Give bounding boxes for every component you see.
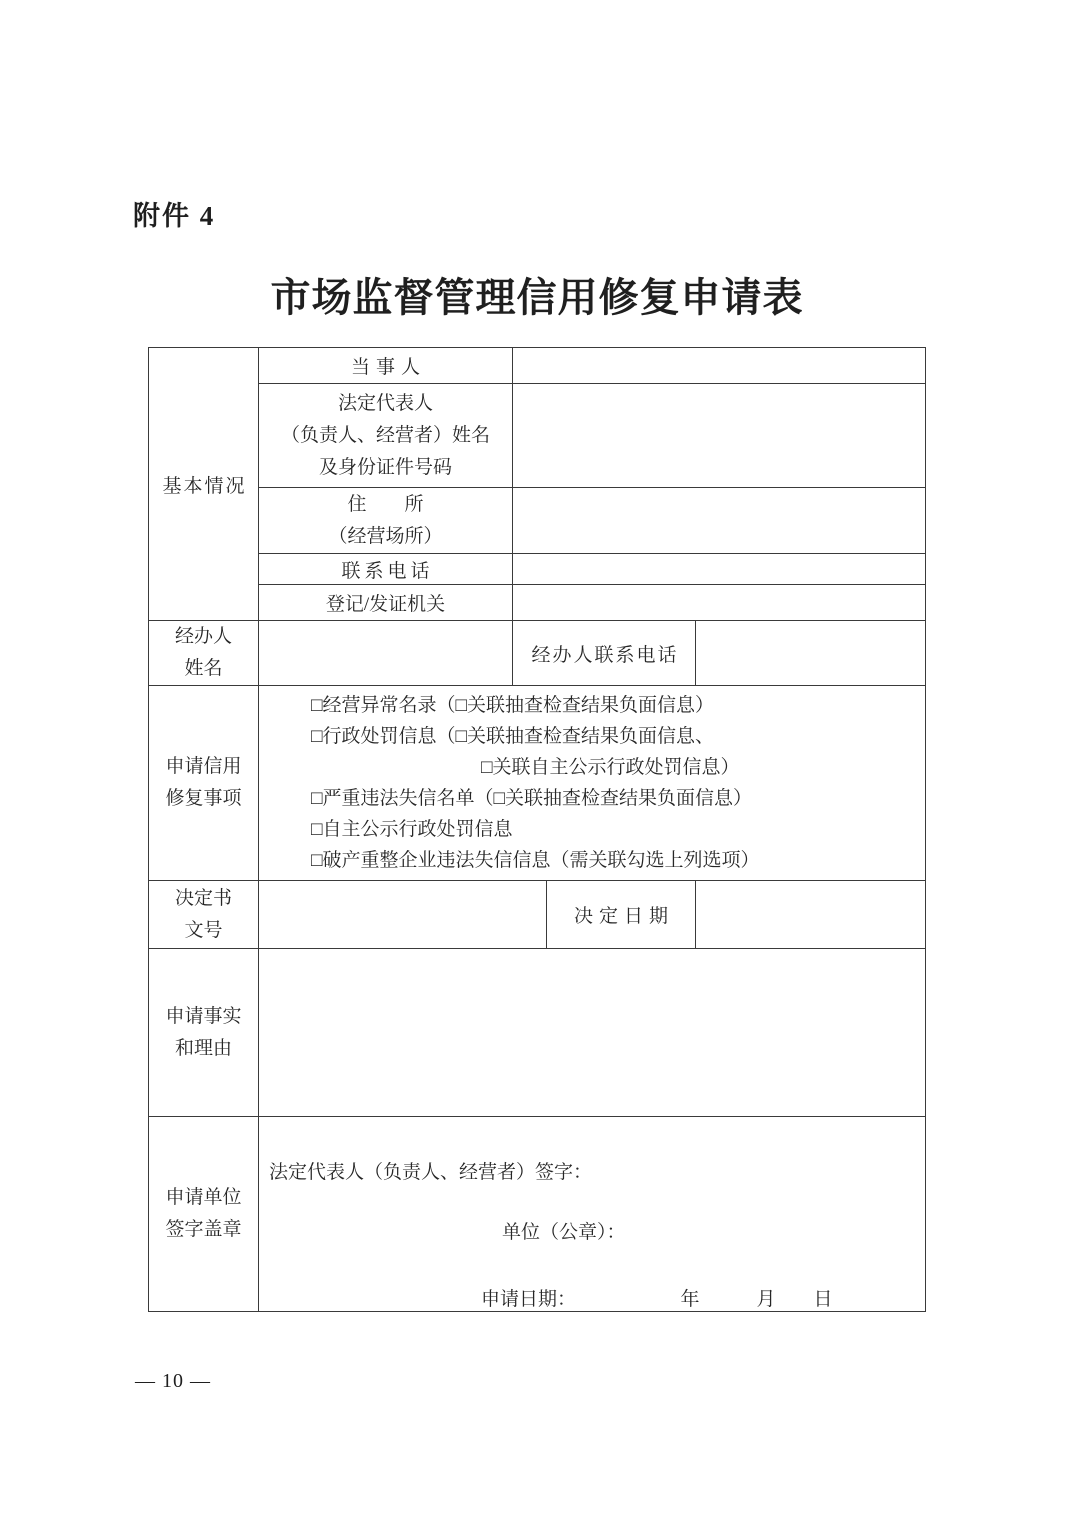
- label-line: 修复事项: [149, 783, 258, 815]
- party-label: 当事人: [259, 348, 513, 384]
- decision-date-label: 决定日期: [547, 881, 696, 949]
- checkbox-option-admin-penalty[interactable]: □行政处罚信息（□关联抽查检查结果负面信息、: [311, 721, 925, 752]
- table-row: 申请事实 和理由: [149, 949, 926, 1117]
- phone-value-cell[interactable]: [513, 554, 926, 585]
- application-form-table: 基本情况 当事人 法定代表人 （负责人、经营者）姓名 及身份证件号码 住 所 （…: [148, 347, 926, 1312]
- handler-phone-value-cell[interactable]: [696, 621, 926, 686]
- label-line: 法定代表人: [259, 388, 512, 420]
- section-facts-reasons-label: 申请事实 和理由: [149, 949, 259, 1117]
- checkbox-option-serious-illegal-list[interactable]: □严重违法失信名单（□关联抽查检查结果负面信息）: [311, 783, 925, 814]
- form-title: 市场监督管理信用修复申请表: [0, 266, 1074, 323]
- apply-date-line: 申请日期： 年 月 日: [481, 1284, 925, 1311]
- legal-rep-label: 法定代表人 （负责人、经营者）姓名 及身份证件号码: [259, 384, 513, 488]
- page-number: — 10 —: [135, 1370, 211, 1393]
- checkbox-option-bankruptcy-restructure[interactable]: □破产重整企业违法失信信息（需关联勾选上列选项）: [311, 845, 925, 876]
- label-line: 签字盖章: [149, 1214, 258, 1246]
- label-line: 经办人: [149, 621, 258, 653]
- party-value-cell[interactable]: [513, 348, 926, 384]
- attachment-label: 附件 4: [133, 194, 215, 233]
- checkbox-option-abnormal-directory[interactable]: □经营异常名录（□关联抽查检查结果负面信息）: [311, 690, 925, 721]
- label-line: 决定书: [149, 883, 258, 915]
- rep-signature-label: 法定代表人（负责人、经营者）签字：: [269, 1157, 925, 1184]
- handler-name-value-cell[interactable]: [259, 621, 513, 686]
- table-row: 基本情况 当事人: [149, 348, 926, 384]
- repair-options-cell: □经营异常名录（□关联抽查检查结果负面信息） □行政处罚信息（□关联抽查检查结果…: [259, 686, 926, 881]
- checkbox-option-self-publicized-penalty[interactable]: □自主公示行政处罚信息: [311, 814, 925, 845]
- authority-value-cell[interactable]: [513, 585, 926, 621]
- label-line: 文号: [149, 915, 258, 947]
- section-repair-items-label: 申请信用 修复事项: [149, 686, 259, 881]
- label-line: 及身份证件号码: [259, 452, 512, 484]
- table-row: 住 所 （经营场所）: [149, 488, 926, 554]
- facts-reasons-value-cell[interactable]: [259, 949, 926, 1117]
- label-line: （负责人、经营者）姓名: [259, 420, 512, 452]
- label-line: （经营场所）: [259, 521, 512, 553]
- decision-doc-no-value-cell[interactable]: [259, 881, 547, 949]
- address-label: 住 所 （经营场所）: [259, 488, 513, 554]
- signature-cell[interactable]: 法定代表人（负责人、经营者）签字： 单位（公章）： 申请日期： 年 月 日: [259, 1117, 926, 1312]
- handler-phone-label: 经办人联系电话: [513, 621, 696, 686]
- checkbox-option-admin-penalty-linked[interactable]: □关联自主公示行政处罚信息）: [311, 752, 925, 783]
- table-row: 申请信用 修复事项 □经营异常名录（□关联抽查检查结果负面信息） □行政处罚信息…: [149, 686, 926, 881]
- label-line: 姓名: [149, 653, 258, 685]
- decision-doc-no-label: 决定书 文号: [149, 881, 259, 949]
- table-row: 决定书 文号 决定日期: [149, 881, 926, 949]
- authority-label: 登记/发证机关: [259, 585, 513, 621]
- table-row: 登记/发证机关: [149, 585, 926, 621]
- handler-name-label: 经办人 姓名: [149, 621, 259, 686]
- table-row: 联系电话: [149, 554, 926, 585]
- table-row: 经办人 姓名 经办人联系电话: [149, 621, 926, 686]
- label-line: 申请单位: [149, 1182, 258, 1214]
- phone-label: 联系电话: [259, 554, 513, 585]
- section-basic-info-label: 基本情况: [149, 348, 259, 621]
- label-line: 申请信用: [149, 751, 258, 783]
- table-row: 法定代表人 （负责人、经营者）姓名 及身份证件号码: [149, 384, 926, 488]
- label-line: 和理由: [149, 1033, 258, 1065]
- decision-date-value-cell[interactable]: [696, 881, 926, 949]
- section-signature-seal-label: 申请单位 签字盖章: [149, 1117, 259, 1312]
- table-row: 申请单位 签字盖章 法定代表人（负责人、经营者）签字： 单位（公章）： 申请日期…: [149, 1117, 926, 1312]
- legal-rep-value-cell[interactable]: [513, 384, 926, 488]
- document-page: 附件 4 市场监督管理信用修复申请表 基本情况 当事人 法定代表人 （负责人、经…: [0, 0, 1074, 1520]
- label-line: 申请事实: [149, 1001, 258, 1033]
- address-value-cell[interactable]: [513, 488, 926, 554]
- unit-seal-label: 单位（公章）：: [502, 1217, 925, 1244]
- label-line: 住 所: [259, 489, 512, 521]
